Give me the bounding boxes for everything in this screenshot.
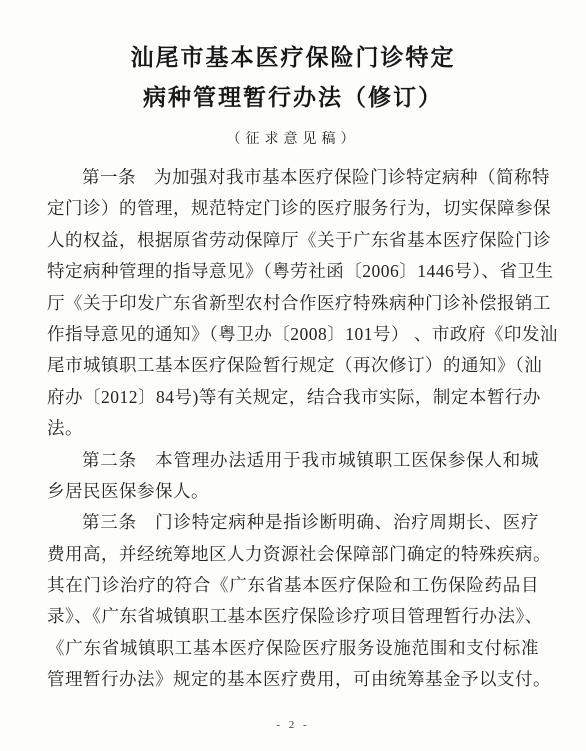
document-line: 尾市城镇职工基本医疗保险暂行规定（再次修订）的通知》（汕 <box>47 350 539 381</box>
document-line: 乡居民医保参保人。 <box>47 476 539 507</box>
document-title-block: 汕尾市基本医疗保险门诊特定 病种管理暂行办法（修订） （征求意见稿） <box>0 0 586 148</box>
document-line: 其在门诊治疗的符合《广东省基本医疗保险和工伤保险药品目 <box>47 570 539 601</box>
document-line: 法。 <box>47 413 539 444</box>
document-line: 管理暂行办法》规定的基本医疗费用，可由统筹基金予以支付。 <box>47 664 539 695</box>
page-number: - 2 - <box>0 719 586 731</box>
document-line: 费用高，并经统筹地区人力资源社会保障部门确定的特殊疾病。 <box>47 539 539 570</box>
document-line: 第二条 本管理办法适用于我市城镇职工医保参保人和城 <box>47 445 539 476</box>
document-line: 录》、《广东省城镇职工基本医疗保险诊疗项目管理暂行办法》、 <box>47 601 539 632</box>
document-line: 厅《关于印发广东省新型农村合作医疗特殊病种门诊补偿报销工 <box>47 288 539 319</box>
document-line: 作指导意见的通知》（粤卫办〔2008〕101号） 、市政府《印发汕 <box>47 319 539 350</box>
document-title-line-1: 汕尾市基本医疗保险门诊特定 <box>0 38 586 78</box>
document-line: 特定病种管理的指导意见》（粤劳社函〔2006〕1446号）、省卫生 <box>47 256 539 287</box>
document-body: 第一条 为加强对我市基本医疗保险门诊特定病种（简称特 定门诊）的管理，规范特定门… <box>47 162 539 696</box>
document-line: 府办〔2012〕84号)等有关规定，结合我市实际，制定本暂行办 <box>47 382 539 413</box>
document-page: 汕尾市基本医疗保险门诊特定 病种管理暂行办法（修订） （征求意见稿） 第一条 为… <box>0 0 586 751</box>
document-subtitle: （征求意见稿） <box>0 128 586 148</box>
document-title-line-2: 病种管理暂行办法（修订） <box>0 78 586 118</box>
document-line: 人的权益，根据原省劳动保障厅《关于广东省基本医疗保险门诊 <box>47 225 539 256</box>
document-line: 第一条 为加强对我市基本医疗保险门诊特定病种（简称特 <box>47 162 539 193</box>
document-line: 《广东省城镇职工基本医疗保险医疗服务设施范围和支付标准 <box>47 633 539 664</box>
document-line: 第三条 门诊特定病种是指诊断明确、治疗周期长、医疗 <box>47 507 539 538</box>
document-line: 定门诊）的管理，规范特定门诊的医疗服务行为，切实保障参保 <box>47 193 539 224</box>
